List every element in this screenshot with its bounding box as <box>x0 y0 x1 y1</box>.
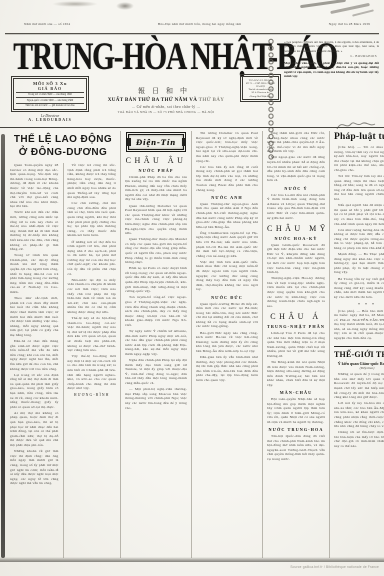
bottom-edge-shadow <box>0 557 384 562</box>
price-box: MỖI SỐ 3 Xu GIÁ BÁO Trong xứ: cả năm 3$0… <box>13 78 87 110</box>
epigraph-french: « Les peuples civilisés ont des devoirs,… <box>284 40 379 53</box>
scan-smudge <box>330 3 370 14</box>
paragraph: Bà Trong vẫn tự tay viết giấy thì giấy ấ… <box>334 277 384 300</box>
handwritten-mark <box>335 118 377 132</box>
column-1: Quan Toàn-quyền ngày 28 Janvier có đóng … <box>10 163 59 558</box>
paragraph: Lãnh-sự Tàu ở Paris đã lại cho các nhà b… <box>267 331 325 359</box>
publication-days-end: THỨ BẢY <box>199 97 225 103</box>
paragraph: Quan Giám-quốc Roosevelt đã gửi một bức … <box>267 243 325 275</box>
paragraph: Trong tờ trình lên quan Chánh-phủ, các đ… <box>10 253 59 294</box>
paragraph: Hôm nọ tại Paris có cuộc duyệt binh rất … <box>125 266 187 294</box>
paragraph: Báo-giới Đức ngày nào cũng công-kích nướ… <box>196 331 258 354</box>
paragraph: Ông Chamberlain tuyên-bố tại Hạ-nghị-việ… <box>196 231 258 259</box>
country-subheading: NƯỚC PHÁP <box>125 168 187 173</box>
paragraph: Quan Quốc-trưởng Hitler đã tiếp sứ-thần … <box>196 302 258 330</box>
paragraph: Trả lời: Văn-tự làm tay mà chưa trình qu… <box>334 174 384 202</box>
region-heading: CHÂU Á <box>267 312 325 321</box>
paragraph: Đàn-bà có thai đến tháng gần sinh-nở đượ… <box>10 339 59 371</box>
country-subheading: MÃN-CHÂU <box>267 390 325 395</box>
display-heading: THẾ-GIỚI THỜI-ĐÀM <box>334 346 384 360</box>
gallica-watermark: Source gallica.bnf.fr / Bibliothèque nat… <box>290 565 379 569</box>
masthead: TRUNG-HÒA NHẬT-BÁO MỖI SỐ 3 Xu GIÁ BÁO T… <box>0 36 384 127</box>
subscription-label: GIÁ BÁO <box>16 86 84 91</box>
paragraph: Thượng-nghị-viện Hoa-kỳ đương bàn về luậ… <box>267 276 325 308</box>
paragraph: Còn như ruộng hương-hỏa thì luật định kh… <box>334 228 384 251</box>
country-subheading: NƯỚC ANH <box>196 195 258 200</box>
paragraph: tăng thêm khí-giới của Đức rồi, sẽ ràng-… <box>267 131 325 154</box>
paragraph: Chính-phủ Pháp đã ba lần cho tàu lặn xuố… <box>125 175 187 203</box>
column-2: Về việc trả công thì sắc-lịnh định rằng … <box>63 163 117 558</box>
column-5: tăng thêm khí-giới của Đức rồi, sẽ ràng-… <box>262 131 325 558</box>
scan-smudge <box>52 1 98 7</box>
lead-article-title: THỂ LỆ LAO ĐỘNG Ở ĐÔNG-DƯƠNG <box>10 133 116 159</box>
subscription-rate: Ngoại-quốc: cả năm 5$00 — sáu tháng 2$60 <box>16 97 84 102</box>
section-heading: Pháp-luật tu-tri <box>334 132 384 142</box>
paragraph: Những ai quen để ý trong thế-cuộc, ắt hẳ… <box>334 372 384 400</box>
scan-smudge <box>352 9 374 16</box>
motto: ... Cứ mến ái-nhân, soi theo chân-lý ... <box>92 105 240 109</box>
paragraph: Vậy thể-lệ lao-động mới này thật là một … <box>68 354 117 391</box>
country-subheading: NƯỚC HOA-KỲ <box>267 236 325 241</box>
country-subheading: TRUNG-NHẬT PHÂN-TRANH <box>267 324 325 329</box>
region-heading: CHÂU ÂU <box>125 156 187 165</box>
newspaper-page: Năm thứ mười sáu — số 1654 Bảo-Đại năm t… <box>0 0 384 576</box>
paragraph: Mạnh đẳng. — Ba Thục phải nhớ cho đúng n… <box>334 252 384 275</box>
paragraph: Dân-gian bên ấy vẫn bình-tĩnh như thường… <box>196 355 258 383</box>
paragraph: Theo như sắc-lịnh mới, phàm trẻ con chưa… <box>10 296 59 337</box>
newspaper-title: TRUNG-HÒA NHẬT-BÁO <box>13 34 252 81</box>
divider-ornament: * * * <box>334 302 384 307</box>
paragraph: Nếu quả người bán đã nhận đủ tiền rồi th… <box>334 203 384 226</box>
byline-signature: HƯƠNG-BÌNH <box>68 393 117 397</box>
column-3: Điện-TínCHÂU ÂUNƯỚC PHÁPChính-phủ Pháp đ… <box>120 131 187 558</box>
paragraph: (Cáo phó). — Bổn báo mới tiếp được tin b… <box>334 309 384 341</box>
paragraph: Lại trong tờ sắc còn định rằng hễ ai mộ … <box>10 373 59 410</box>
publication-days: XUẤT BẢN THỨ BA THỨ NĂM VÀ THỨ BẢY <box>92 97 240 103</box>
top-info-bar: Năm thứ mười sáu — số 1654 Bảo-Đại năm t… <box>0 22 384 26</box>
country-subheading: NƯỚC Ý <box>267 186 325 191</box>
paragraph: Nghe đâu chính-phủ Pháp lại sắp đặt thêm… <box>125 358 187 386</box>
paragraph: Các báo La-mã đều nói chính-phủ Ý thêm b… <box>267 193 325 221</box>
epigraph-vietnamese: Một xã-hội văn-minh, thì phải đặc-biệt c… <box>284 61 379 79</box>
region-heading: CHÂU MỸ <box>267 224 325 233</box>
paragraph: Hội toàn-quyền Nhật-bản sẽ họp hội-đồng … <box>267 397 325 425</box>
lead-article: THỂ LỆ LAO ĐỘNG Ở ĐÔNG-DƯƠNG Quan Toàn-q… <box>10 131 116 558</box>
paragraph: Lời nói ấy tuy ôn-hòa mà có ý-nghĩa sâu-… <box>334 401 384 429</box>
paragraph: — Một phái-bộ nghị-viên thương-mại Pháp … <box>125 387 187 410</box>
country-subheading: NƯỚC ĐỨC <box>196 295 258 300</box>
country-subheading: NƯỚC TRUNG-HOA <box>267 427 325 432</box>
paragraph: (Câu hỏi). — Tôi có mua một mẫu ruộng, v… <box>334 145 384 173</box>
paragraph: Về việc trả công thì sắc-lịnh định rằng … <box>68 163 117 200</box>
paragraph: Toà tuyên-bố tổng-số việc ngoại-giao ở T… <box>125 295 187 327</box>
gregorian-date: Ngày thứ ba 28 Mars 1939 <box>329 22 370 26</box>
paragraph: Chúng tôi sẽ lần-lượt dịch-thuật các bài… <box>334 430 384 448</box>
paragraph: Những khoản về giờ làm việc thì định rằn… <box>10 449 59 486</box>
subscription-rate: Tiền báo xin trả trước — gửi mandat về t… <box>16 103 84 108</box>
paragraph: Các chủ xưởng, chủ mỏ cùng chủ đồn-điền … <box>68 201 117 238</box>
office-address: TOÀ BÁO VÀ NHÀ IN — SỐ 73 PHỐ NHÀ CHUNG … <box>92 110 240 114</box>
paragraph: Thì tướng Daladier và quan Paul Reynaud … <box>196 131 258 163</box>
paragraph: Trước khi nói đến các điều mới, tưởng cũ… <box>10 210 59 251</box>
publication-days-main: XUẤT BẢN THỨ BA THỨ NĂM VÀ <box>108 97 197 103</box>
paragraph: Việc mộ lính bên Anh-quốc tiến-hành mau … <box>196 260 258 292</box>
body-columns: THỂ LỆ LAO ĐỘNG Ở ĐÔNG-DƯƠNG Quan Toàn-q… <box>0 131 384 558</box>
telegram-box: Điện-Tín <box>126 132 186 152</box>
paragraph: Quan Thượng-thư thuộc-địa Mandel có tiếp… <box>125 237 187 265</box>
scan-smudge <box>116 2 134 10</box>
paragraph: Tin Đông-kinh thì nói quân Nhật đã tràn … <box>267 360 325 388</box>
issue-number: Năm thứ mười sáu — số 1654 <box>24 22 70 26</box>
epigraph-block: « Les peuples civilisés ont des devoirs,… <box>284 40 379 79</box>
director-line: Le Directeur A. LEBOURDAIS <box>13 114 87 122</box>
column-4: Thì tướng Daladier và quan Paul Reynaud … <box>191 131 258 558</box>
paragraph: Quan Toàn-quyền ngày 28 Janvier có đóng … <box>10 163 59 209</box>
chinese-title: 報日和中 <box>92 86 240 95</box>
continuation-note: (Tiếp theo) <box>334 366 384 370</box>
paragraph: Tự ngày nước Ý chiếm xứ Albanie, dân-tìn… <box>125 329 187 357</box>
paragraph: Ở những nơi số thợ đến ba trăm người trở… <box>68 240 117 277</box>
masthead-center: 報日和中 XUẤT BẢN THỨ BA THỨ NĂM VÀ THỨ BẢY … <box>92 86 240 114</box>
paragraph: Các báo bên ấy nói rằng từ cuối tháng nà… <box>196 165 258 193</box>
scan-smudge <box>300 0 346 8</box>
subscription-rate: Trong xứ: cả năm 3$00 — sáu tháng 1$60 <box>16 92 84 97</box>
lunar-date: Bảo-Đại năm thứ mười bốn, tháng hai ngày… <box>158 22 241 26</box>
paragraph: Quan thủ-tướng Daladier và quan Paul Rey… <box>125 204 187 236</box>
price-per-issue: MỖI SỐ 3 Xu <box>16 81 84 86</box>
column-6: Pháp-luật tu-tri(Câu hỏi). — Tôi có mua … <box>329 131 384 558</box>
masthead-divider-rule <box>0 127 384 128</box>
paragraph: Nhà-nước lại đặt ra mấy viên thanh-tra c… <box>68 278 117 315</box>
paragraph: Thể-lệ này sẽ do hội-đồng thanh-tra lao-… <box>68 316 117 353</box>
epigraph-attribution: L. BOURGEOIS <box>284 54 377 58</box>
paragraph: Tân-hội Quốc-dân đảng đã viết thư cho ch… <box>267 434 325 462</box>
director-name: A. LEBOURDAIS <box>13 118 87 122</box>
paragraph: Mặt ngoại-giao các nước đã từng tuyên-bố… <box>267 155 325 183</box>
paragraph: Quan Thượng-thư ngoại-giao Anh lịnh cho … <box>196 202 258 230</box>
paragraph: Ai mộ thợ mà không có phép quan, hoặc đe… <box>10 411 59 448</box>
